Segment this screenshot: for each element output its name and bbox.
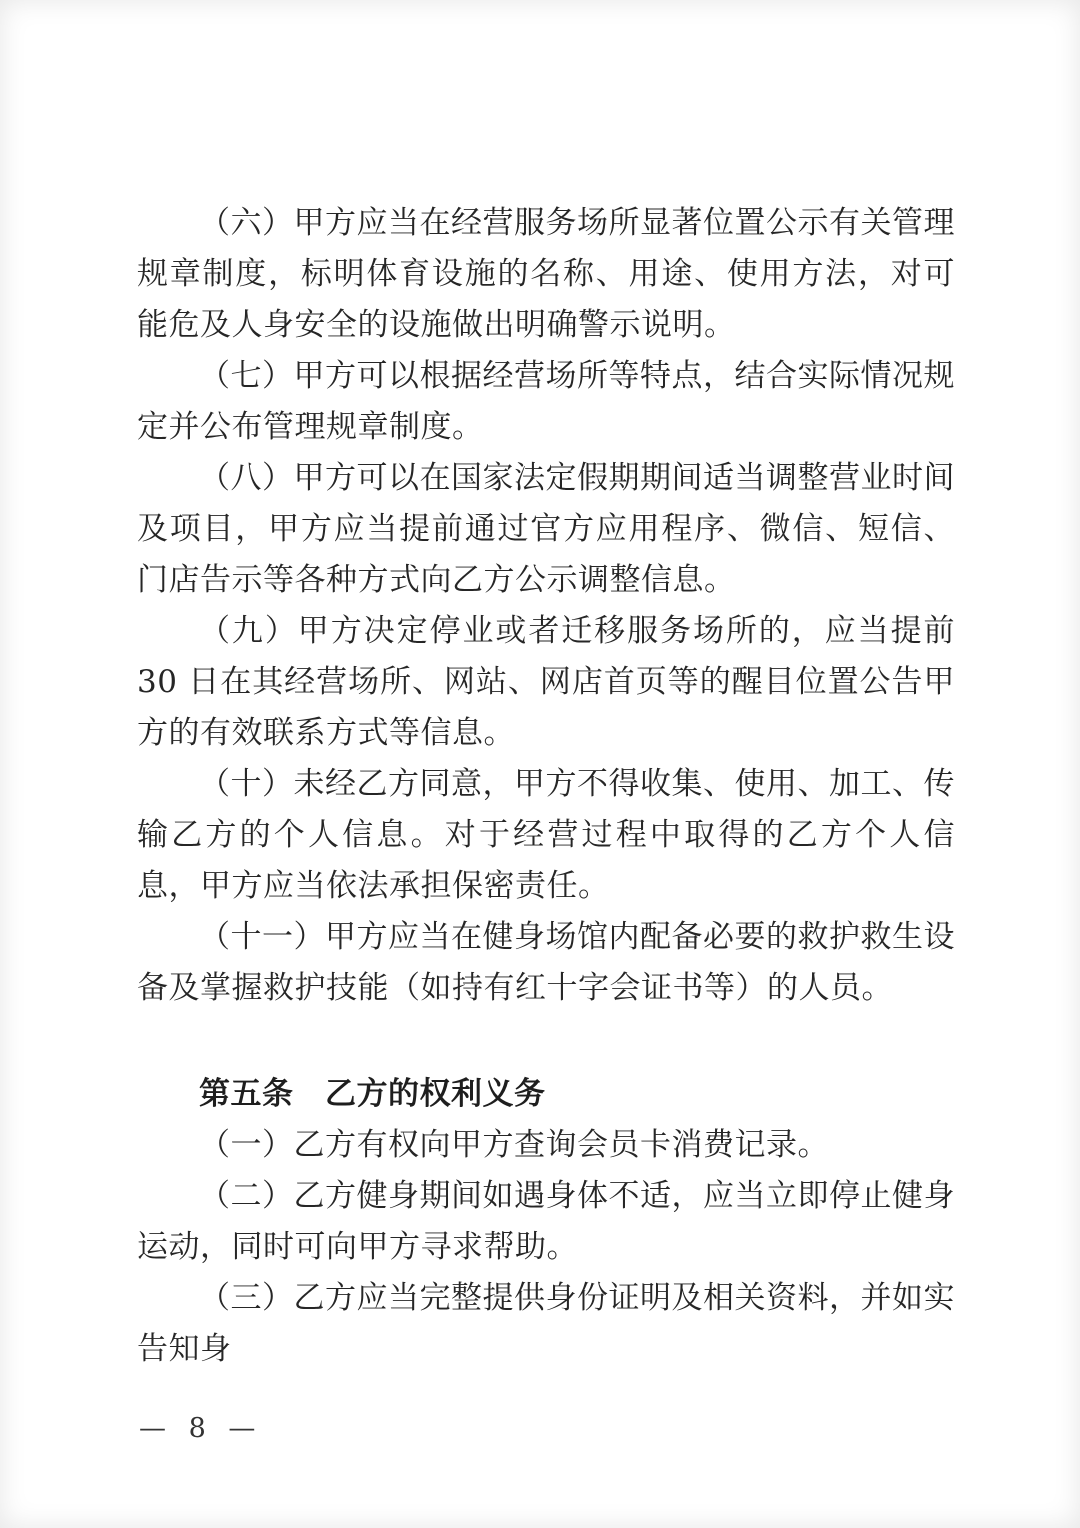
clause-3-paragraph: （三）乙方应当完整提供身份证明及相关资料，并如实告知身 bbox=[137, 1273, 955, 1375]
clause-6-paragraph: （六）甲方应当在经营服务场所显著位置公示有关管理规章制度，标明体育设施的名称、用… bbox=[137, 198, 955, 351]
clause-2-paragraph: （二）乙方健身期间如遇身体不适，应当立即停止健身运动，同时可向甲方寻求帮助。 bbox=[137, 1171, 955, 1273]
clause-7-paragraph: （七）甲方可以根据经营场所等特点，结合实际情况规定并公布管理规章制度。 bbox=[137, 351, 955, 453]
clause-10-paragraph: （十）未经乙方同意，甲方不得收集、使用、加工、传输乙方的个人信息。对于经营过程中… bbox=[137, 759, 955, 912]
clause-11-paragraph: （十一）甲方应当在健身场馆内配备必要的救护救生设备及掌握救护技能（如持有红十字会… bbox=[137, 912, 955, 1014]
page-number: — 8 — bbox=[139, 1413, 262, 1444]
clause-9-paragraph: （九）甲方决定停业或者迁移服务场所的，应当提前 30 日在其经营场所、网站、网店… bbox=[137, 606, 955, 759]
clause-1-paragraph: （一）乙方有权向甲方查询会员卡消费记录。 bbox=[137, 1120, 955, 1171]
section-heading-article-5: 第五条 乙方的权利义务 bbox=[137, 1069, 955, 1120]
page-footer: — 8 — bbox=[139, 1412, 262, 1446]
document-body: （六）甲方应当在经营服务场所显著位置公示有关管理规章制度，标明体育设施的名称、用… bbox=[137, 198, 955, 1375]
document-page: （六）甲方应当在经营服务场所显著位置公示有关管理规章制度，标明体育设施的名称、用… bbox=[0, 0, 1080, 1528]
clause-8-paragraph: （八）甲方可以在国家法定假期期间适当调整营业时间及项目，甲方应当提前通过官方应用… bbox=[137, 453, 955, 606]
